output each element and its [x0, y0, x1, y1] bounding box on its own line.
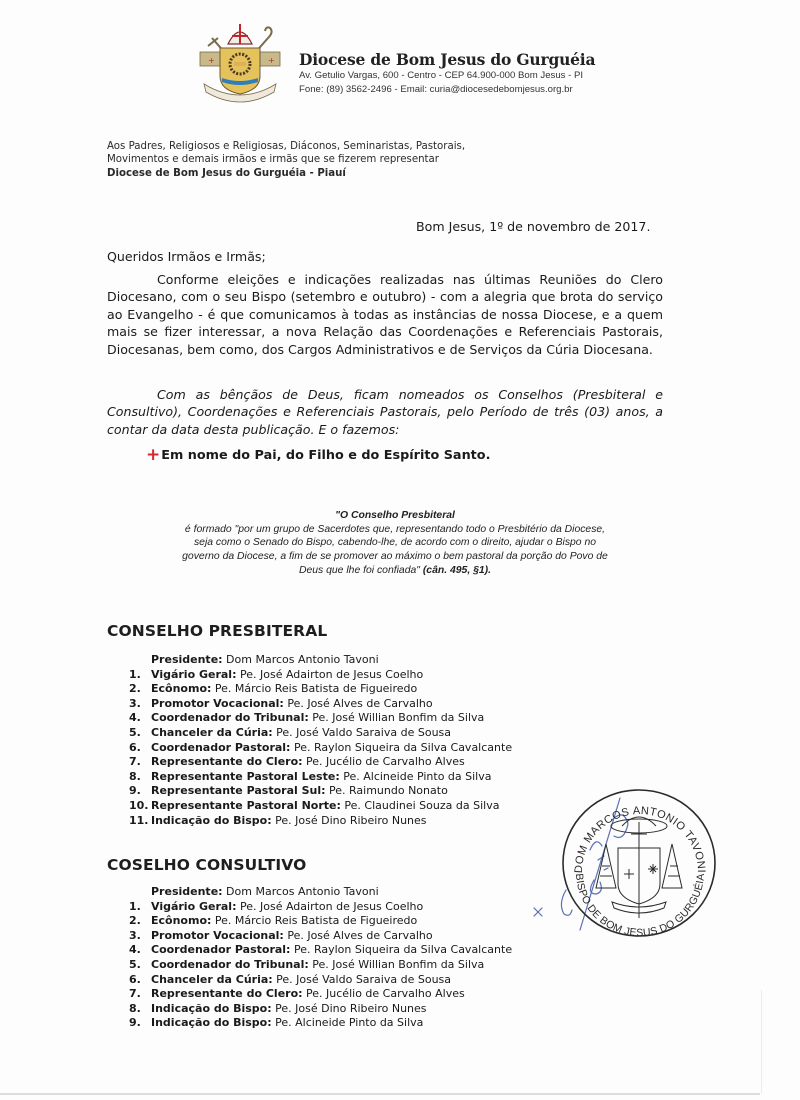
conselho-consultivo-list: Presidente: Dom Marcos Antonio Tavoni1.V…: [0, 885, 600, 1031]
member-name: Pe. José Willian Bonfim da Silva: [309, 958, 485, 971]
member-number: 10.: [129, 799, 149, 814]
svg-text:BISPO DE BOM JESUS DO GURGUÉIA: BISPO DE BOM JESUS DO GURGUÉIA: [573, 873, 707, 939]
member-entry: Indicação do Bispo: Pe. Alcineide Pinto …: [151, 1016, 423, 1031]
member-number: 4.: [129, 711, 141, 726]
member-name: Pe. Jucélio de Carvalho Alves: [303, 987, 465, 1000]
letter-date: Bom Jesus, 1º de novembro de 2017.: [416, 219, 650, 234]
svg-text:+: +: [208, 56, 215, 65]
member-row: 7.Representante do Clero: Pe. Jucélio de…: [0, 755, 600, 770]
blessing-line: +Em nome do Pai, do Filho e do Espírito …: [146, 445, 490, 465]
quote-citation: (cân. 495, §1).: [420, 565, 491, 576]
member-number: 3.: [129, 929, 141, 944]
member-number: 1.: [129, 668, 141, 683]
member-entry: Representante Pastoral Norte: Pe. Claudi…: [151, 799, 499, 814]
intro-paragraph: Conforme eleições e indicações realizada…: [107, 271, 663, 358]
member-entry: Indicação do Bispo: Pe. José Dino Ribeir…: [151, 1002, 427, 1017]
member-entry: Ecônomo: Pe. Márcio Reis Batista de Figu…: [151, 682, 417, 697]
president-row: Presidente: Dom Marcos Antonio Tavoni: [0, 885, 600, 900]
member-role: Representante do Clero:: [151, 755, 303, 768]
diocese-contact: Fone: (89) 3562-2496 - Email: curia@dioc…: [299, 84, 573, 95]
member-number: 2.: [129, 682, 141, 697]
seal-top-text: DOM MARCOS ANTONIO TAVONI: [573, 805, 707, 873]
member-number: 2.: [129, 914, 141, 929]
member-role: Chanceler da Cúria:: [151, 973, 273, 986]
svg-text:DOM MARCOS ANTONIO TAVONI: DOM MARCOS ANTONIO TAVONI: [573, 805, 707, 873]
member-name: Pe. Alcineide Pinto da Silva: [340, 770, 492, 783]
member-role: Coordenador Pastoral:: [151, 943, 290, 956]
member-row: 1.Vigário Geral: Pe. José Adairton de Je…: [0, 668, 600, 683]
member-role: Representante Pastoral Norte:: [151, 799, 341, 812]
quote-line: é formado "por um grupo de Sacerdotes qu…: [106, 523, 684, 537]
member-entry: Presidente: Dom Marcos Antonio Tavoni: [151, 885, 379, 900]
member-role: Ecônomo:: [151, 914, 211, 927]
member-entry: Vigário Geral: Pe. José Adairton de Jesu…: [151, 668, 423, 683]
member-name: Pe. José Adairton de Jesus Coelho: [236, 900, 423, 913]
svg-text:+: +: [268, 56, 275, 65]
member-role: Presidente:: [151, 653, 223, 666]
member-name: Pe. Raimundo Nonato: [326, 784, 448, 797]
member-row: 9.Indicação do Bispo: Pe. Alcineide Pint…: [0, 1016, 600, 1031]
red-cross-icon: +: [146, 445, 160, 465]
member-name: Dom Marcos Antonio Tavoni: [223, 653, 379, 666]
member-role: Representante Pastoral Leste:: [151, 770, 340, 783]
quote-title: "O Conselho Presbiteral: [106, 509, 684, 523]
addressees-diocese: Diocese de Bom Jesus do Gurguéia - Piauí: [107, 167, 465, 180]
member-number: 8.: [129, 1002, 141, 1017]
member-role: Promotor Vocacional:: [151, 929, 284, 942]
member-role: Ecônomo:: [151, 682, 211, 695]
member-entry: Coordenador do Tribunal: Pe. José Willia…: [151, 958, 484, 973]
member-row: 8.Indicação do Bispo: Pe. José Dino Ribe…: [0, 1002, 600, 1017]
member-number: 8.: [129, 770, 141, 785]
member-entry: Indicação do Bispo: Pe. José Dino Ribeir…: [151, 814, 427, 829]
member-name: Pe. José Willian Bonfim da Silva: [309, 711, 485, 724]
member-name: Pe. José Dino Ribeiro Nunes: [272, 1002, 427, 1015]
member-row: 3.Promotor Vocacional: Pe. José Alves de…: [0, 929, 600, 944]
member-number: 5.: [129, 958, 141, 973]
member-role: Vigário Geral:: [151, 900, 236, 913]
member-entry: Representante Pastoral Leste: Pe. Alcine…: [151, 770, 491, 785]
member-row: 6.Chanceler da Cúria: Pe. José Valdo Sar…: [0, 973, 600, 988]
member-role: Coordenador do Tribunal:: [151, 711, 309, 724]
member-name: Pe. José Adairton de Jesus Coelho: [236, 668, 423, 681]
conselho-presbiteral-list: Presidente: Dom Marcos Antonio Tavoni1.V…: [0, 653, 600, 828]
member-name: Pe. Alcineide Pinto da Silva: [272, 1016, 424, 1029]
member-role: Indicação do Bispo:: [151, 1016, 272, 1029]
member-number: 3.: [129, 697, 141, 712]
member-number: 4.: [129, 943, 141, 958]
member-number: 5.: [129, 726, 141, 741]
member-role: Chanceler da Cúria:: [151, 726, 273, 739]
page-edge: [0, 1093, 760, 1095]
member-entry: Ecônomo: Pe. Márcio Reis Batista de Figu…: [151, 914, 417, 929]
member-entry: Vigário Geral: Pe. José Adairton de Jesu…: [151, 900, 423, 915]
member-number: 7.: [129, 987, 141, 1002]
member-name: Pe. Jucélio de Carvalho Alves: [303, 755, 465, 768]
member-entry: Coordenador do Tribunal: Pe. José Willia…: [151, 711, 484, 726]
member-role: Vigário Geral:: [151, 668, 236, 681]
member-number: 9.: [129, 1016, 141, 1031]
member-name: Pe. José Alves de Carvalho: [284, 929, 433, 942]
page-edge: [761, 990, 762, 1094]
member-name: Pe. Márcio Reis Batista de Figueiredo: [211, 682, 417, 695]
member-entry: Representante Pastoral Sul: Pe. Raimundo…: [151, 784, 448, 799]
quote-line: seja como o Senado do Bispo, cabendo-lhe…: [106, 536, 684, 550]
member-number: 1.: [129, 900, 141, 915]
member-row: 4.Coordenador Pastoral: Pe. Raylon Sique…: [0, 943, 600, 958]
member-role: Coordenador do Tribunal:: [151, 958, 309, 971]
member-entry: Promotor Vocacional: Pe. José Alves de C…: [151, 929, 433, 944]
diocese-name: Diocese de Bom Jesus do Gurguéia: [299, 50, 595, 69]
member-number: 9.: [129, 784, 141, 799]
member-row: 5.Coordenador do Tribunal: Pe. José Will…: [0, 958, 600, 973]
member-name: Pe. Márcio Reis Batista de Figueiredo: [211, 914, 417, 927]
member-number: 6.: [129, 973, 141, 988]
member-row: 5.Chanceler da Cúria: Pe. José Valdo Sar…: [0, 726, 600, 741]
member-entry: Representante do Clero: Pe. Jucélio de C…: [151, 987, 465, 1002]
member-entry: Coordenador Pastoral: Pe. Raylon Siqueir…: [151, 943, 512, 958]
appointment-paragraph: Com as bênçãos de Deus, ficam nomeados o…: [107, 386, 663, 438]
member-number: 6.: [129, 741, 141, 756]
blessing-text: Em nome do Pai, do Filho e do Espírito S…: [161, 448, 490, 463]
member-entry: Presidente: Dom Marcos Antonio Tavoni: [151, 653, 379, 668]
member-name: Pe. José Alves de Carvalho: [284, 697, 433, 710]
member-entry: Coordenador Pastoral: Pe. Raylon Siqueir…: [151, 741, 512, 756]
member-name: Pe. José Dino Ribeiro Nunes: [272, 814, 427, 827]
member-row: 11.Indicação do Bispo: Pe. José Dino Rib…: [0, 814, 600, 829]
member-entry: Promotor Vocacional: Pe. José Alves de C…: [151, 697, 433, 712]
member-row: 10.Representante Pastoral Norte: Pe. Cla…: [0, 799, 600, 814]
member-entry: Chanceler da Cúria: Pe. José Valdo Sarai…: [151, 726, 451, 741]
member-role: Indicação do Bispo:: [151, 1002, 272, 1015]
member-row: 2.Ecônomo: Pe. Márcio Reis Batista de Fi…: [0, 682, 600, 697]
diocese-address: Av. Getulio Vargas, 600 - Centro - CEP 6…: [299, 70, 583, 81]
president-row: Presidente: Dom Marcos Antonio Tavoni: [0, 653, 600, 668]
member-role: Representante Pastoral Sul:: [151, 784, 326, 797]
addressees-line: Movimentos e demais irmãos e irmãs que s…: [107, 153, 465, 166]
member-name: Dom Marcos Antonio Tavoni: [223, 885, 379, 898]
section-title-conselho-presbiteral: CONSELHO PRESBITERAL: [107, 622, 327, 640]
member-name: Pe. José Valdo Saraiva de Sousa: [273, 973, 451, 986]
member-entry: Representante do Clero: Pe. Jucélio de C…: [151, 755, 465, 770]
quote-line: governo da Diocese, a fim de se promover…: [106, 550, 684, 564]
member-row: 7.Representante do Clero: Pe. Jucélio de…: [0, 987, 600, 1002]
member-name: Pe. Raylon Siqueira da Silva Cavalcante: [290, 943, 512, 956]
seal-bottom-text: BISPO DE BOM JESUS DO GURGUÉIA: [573, 873, 707, 939]
member-name: Pe. José Valdo Saraiva de Sousa: [273, 726, 451, 739]
member-row: 1.Vigário Geral: Pe. José Adairton de Je…: [0, 900, 600, 915]
addressees-line: Aos Padres, Religiosos e Religiosas, Diá…: [107, 140, 465, 153]
member-name: Pe. Raylon Siqueira da Silva Cavalcante: [290, 741, 512, 754]
member-role: Coordenador Pastoral:: [151, 741, 290, 754]
greeting: Queridos Irmãos e Irmãs;: [107, 249, 266, 264]
member-row: 2.Ecônomo: Pe. Márcio Reis Batista de Fi…: [0, 914, 600, 929]
canon-quote: "O Conselho Presbiteral é formado "por u…: [106, 509, 684, 578]
member-row: 3.Promotor Vocacional: Pe. José Alves de…: [0, 697, 600, 712]
member-role: Promotor Vocacional:: [151, 697, 284, 710]
member-row: 9.Representante Pastoral Sul: Pe. Raimun…: [0, 784, 600, 799]
member-role: Representante do Clero:: [151, 987, 303, 1000]
member-row: 4.Coordenador do Tribunal: Pe. José Will…: [0, 711, 600, 726]
episcopal-seal-icon: DOM MARCOS ANTONIO TAVONI BISPO DE BOM J…: [560, 786, 718, 942]
member-entry: Chanceler da Cúria: Pe. José Valdo Sarai…: [151, 973, 451, 988]
member-number: 11.: [129, 814, 149, 829]
quote-line: Deus que lhe foi confiada": [299, 565, 420, 576]
section-title-conselho-consultivo: COSELHO CONSULTIVO: [107, 856, 306, 874]
member-number: 7.: [129, 755, 141, 770]
diocese-crest-icon: + +: [196, 18, 284, 104]
member-name: Pe. Claudinei Souza da Silva: [341, 799, 500, 812]
addressees-block: Aos Padres, Religiosos e Religiosas, Diá…: [107, 140, 465, 180]
member-row: 6.Coordenador Pastoral: Pe. Raylon Sique…: [0, 741, 600, 756]
member-role: Indicação do Bispo:: [151, 814, 272, 827]
member-role: Presidente:: [151, 885, 223, 898]
member-row: 8.Representante Pastoral Leste: Pe. Alci…: [0, 770, 600, 785]
